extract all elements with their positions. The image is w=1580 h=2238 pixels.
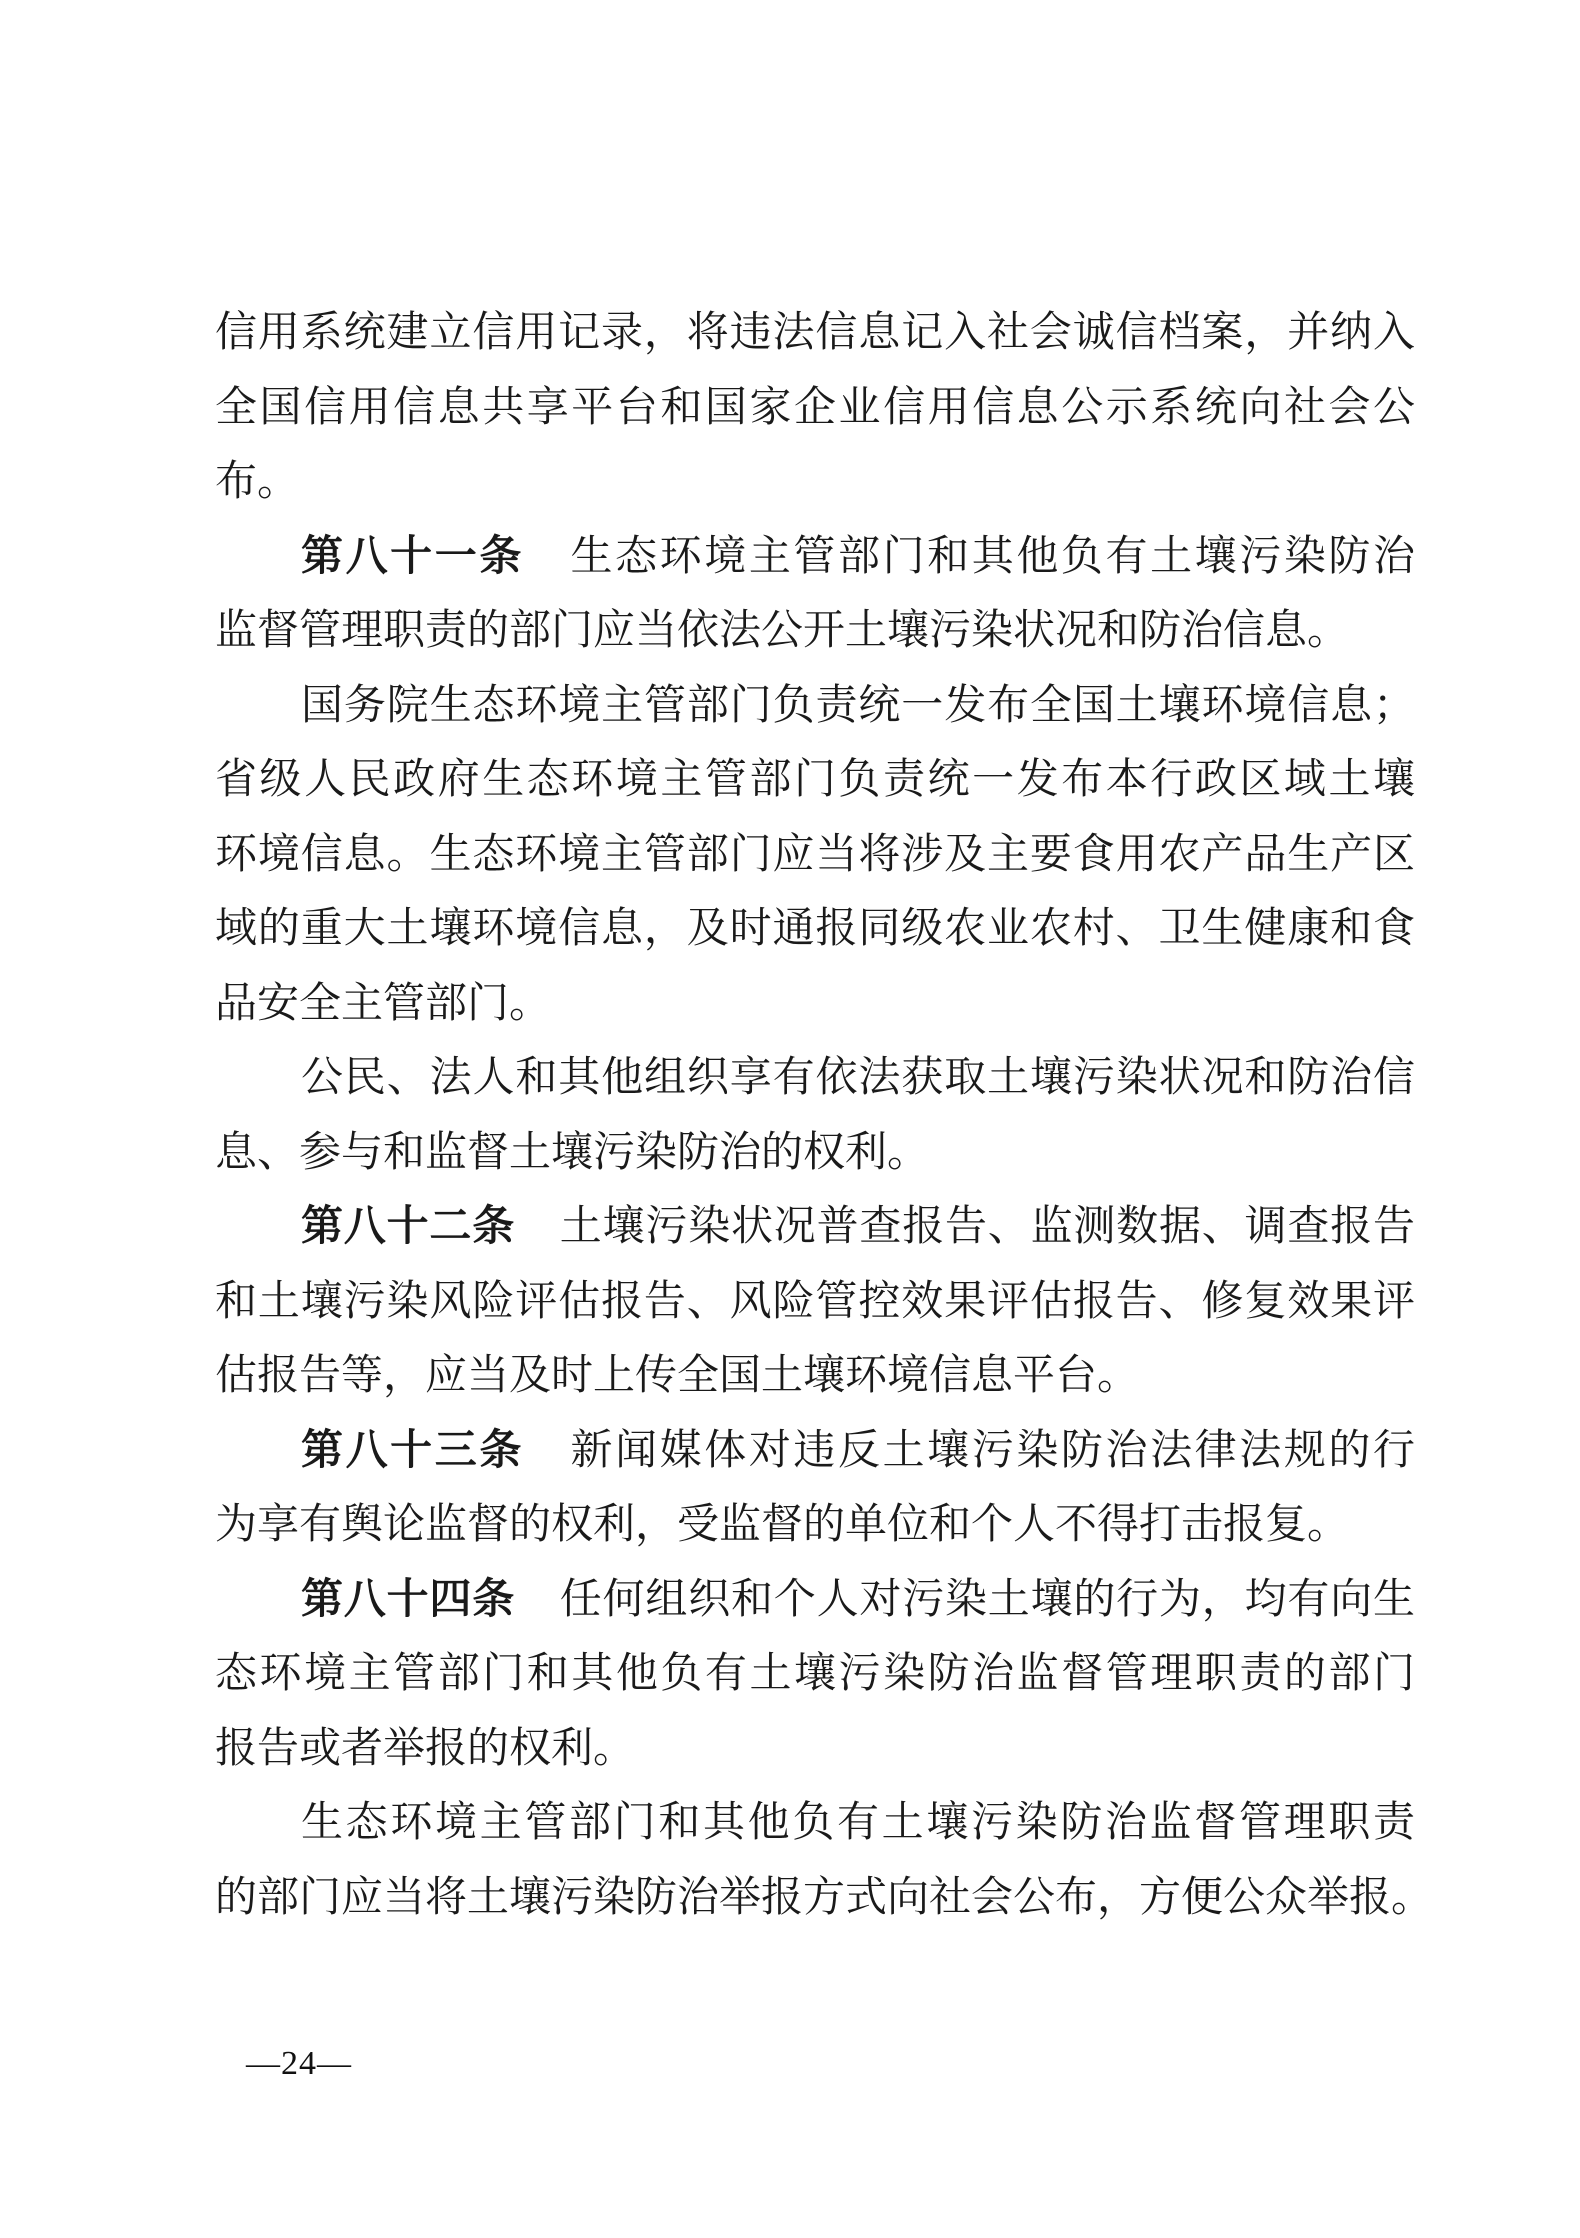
text-line: 国务院生态环境主管部门负责统一发布全国土壤环境信息； bbox=[215, 669, 1415, 744]
body-text: 全国信用信息共享平台和国家企业信用信息公示系统向社会公 bbox=[215, 385, 1415, 431]
body-text: 公民、法人和其他组织享有依法获取土壤污染状况和防治信 bbox=[301, 1055, 1415, 1101]
heading-gap bbox=[515, 1612, 559, 1613]
body-text: 和土壤污染风险评估报告、风险管控效果评估报告、修复效果评 bbox=[215, 1279, 1415, 1325]
text-block: 信用系统建立信用记录，将违法信息记入社会诚信档案，并纳入全国信用信息共享平台和国… bbox=[215, 296, 1415, 1935]
text-line: 第八十四条任何组织和个人对污染土壤的行为，均有向生 bbox=[215, 1563, 1415, 1638]
article-heading: 第八十四条 bbox=[301, 1577, 515, 1623]
text-line: 品安全主管部门。 bbox=[215, 967, 1415, 1042]
text-line: 公民、法人和其他组织享有依法获取土壤污染状况和防治信 bbox=[215, 1041, 1415, 1116]
text-line: 态环境主管部门和其他负有土壤污染防治监督管理职责的部门 bbox=[215, 1637, 1415, 1712]
text-line: 生态环境主管部门和其他负有土壤污染防治监督管理职责 bbox=[215, 1786, 1415, 1861]
page-number: —24— bbox=[246, 2040, 352, 2088]
heading-gap bbox=[524, 569, 568, 570]
document-page: 信用系统建立信用记录，将违法信息记入社会诚信档案，并纳入全国信用信息共享平台和国… bbox=[0, 0, 1580, 2238]
body-text: 新闻媒体对违反土壤污染防治法律法规的行 bbox=[568, 1428, 1415, 1474]
text-line: 息、参与和监督土壤污染防治的权利。 bbox=[215, 1116, 1415, 1191]
body-text: 品安全主管部门。 bbox=[215, 981, 551, 1027]
text-line: 为享有舆论监督的权利，受监督的单位和个人不得打击报复。 bbox=[215, 1488, 1415, 1563]
text-line: 和土壤污染风险评估报告、风险管控效果评估报告、修复效果评 bbox=[215, 1265, 1415, 1340]
body-text: 布。 bbox=[215, 459, 299, 505]
article-heading: 第八十二条 bbox=[301, 1204, 515, 1250]
body-text: 任何组织和个人对污染土壤的行为，均有向生 bbox=[559, 1577, 1415, 1623]
text-line: 域的重大土壤环境信息，及时通报同级农业农村、卫生健康和食 bbox=[215, 892, 1415, 967]
body-text: 生态环境主管部门和其他负有土壤污染防治监督管理职责 bbox=[301, 1800, 1415, 1846]
body-text: 土壤污染状况普查报告、监测数据、调查报告 bbox=[559, 1204, 1415, 1250]
text-line: 报告或者举报的权利。 bbox=[215, 1712, 1415, 1787]
text-line: 信用系统建立信用记录，将违法信息记入社会诚信档案，并纳入 bbox=[215, 296, 1415, 371]
text-line: 全国信用信息共享平台和国家企业信用信息公示系统向社会公 bbox=[215, 371, 1415, 446]
text-line: 估报告等，应当及时上传全国土壤环境信息平台。 bbox=[215, 1339, 1415, 1414]
text-line: 环境信息。生态环境主管部门应当将涉及主要食用农产品生产区 bbox=[215, 818, 1415, 893]
body-text: 域的重大土壤环境信息，及时通报同级农业农村、卫生健康和食 bbox=[215, 906, 1415, 952]
body-text: 的部门应当将土壤污染防治举报方式向社会公布，方便公众举报。 bbox=[215, 1875, 1433, 1921]
article-heading: 第八十一条 bbox=[301, 534, 524, 580]
article-heading: 第八十三条 bbox=[301, 1428, 524, 1474]
body-text: 估报告等，应当及时上传全国土壤环境信息平台。 bbox=[215, 1353, 1139, 1399]
heading-gap bbox=[524, 1463, 568, 1464]
text-line: 省级人民政府生态环境主管部门负责统一发布本行政区域土壤 bbox=[215, 743, 1415, 818]
body-text: 生态环境主管部门和其他负有土壤污染防治 bbox=[568, 534, 1415, 580]
text-line: 第八十一条生态环境主管部门和其他负有土壤污染防治 bbox=[215, 520, 1415, 595]
text-line: 第八十二条土壤污染状况普查报告、监测数据、调查报告 bbox=[215, 1190, 1415, 1265]
text-line: 监督管理职责的部门应当依法公开土壤污染状况和防治信息。 bbox=[215, 594, 1415, 669]
body-text: 为享有舆论监督的权利，受监督的单位和个人不得打击报复。 bbox=[215, 1502, 1349, 1548]
heading-gap bbox=[515, 1239, 559, 1240]
body-text: 态环境主管部门和其他负有土壤污染防治监督管理职责的部门 bbox=[215, 1651, 1415, 1697]
text-line: 第八十三条新闻媒体对违反土壤污染防治法律法规的行 bbox=[215, 1414, 1415, 1489]
body-text: 省级人民政府生态环境主管部门负责统一发布本行政区域土壤 bbox=[215, 757, 1415, 803]
body-text: 报告或者举报的权利。 bbox=[215, 1726, 635, 1772]
body-text: 息、参与和监督土壤污染防治的权利。 bbox=[215, 1130, 929, 1176]
text-line: 的部门应当将土壤污染防治举报方式向社会公布，方便公众举报。 bbox=[215, 1861, 1415, 1936]
body-text: 国务院生态环境主管部门负责统一发布全国土壤环境信息； bbox=[301, 683, 1415, 729]
body-text: 监督管理职责的部门应当依法公开土壤污染状况和防治信息。 bbox=[215, 608, 1349, 654]
body-text: 信用系统建立信用记录，将违法信息记入社会诚信档案，并纳入 bbox=[215, 310, 1415, 356]
body-text: 环境信息。生态环境主管部门应当将涉及主要食用农产品生产区 bbox=[215, 832, 1415, 878]
text-line: 布。 bbox=[215, 445, 1415, 520]
